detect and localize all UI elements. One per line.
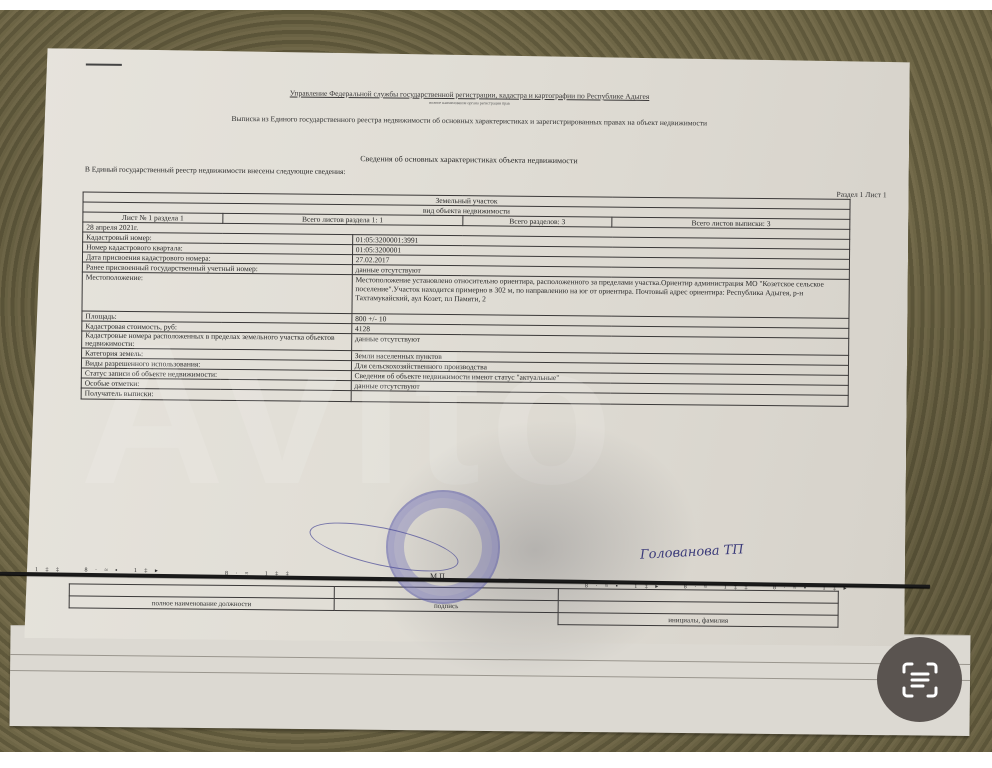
section-label: Раздел 1 Лист 1 xyxy=(837,190,887,199)
text-scan-button[interactable] xyxy=(877,637,962,722)
text-scan-icon xyxy=(898,658,942,702)
info-intro: В Единый государственный реестр недвижим… xyxy=(85,165,346,177)
extract-title: Выписка из Единого государственного реес… xyxy=(29,112,909,129)
dash-mark xyxy=(86,64,122,66)
